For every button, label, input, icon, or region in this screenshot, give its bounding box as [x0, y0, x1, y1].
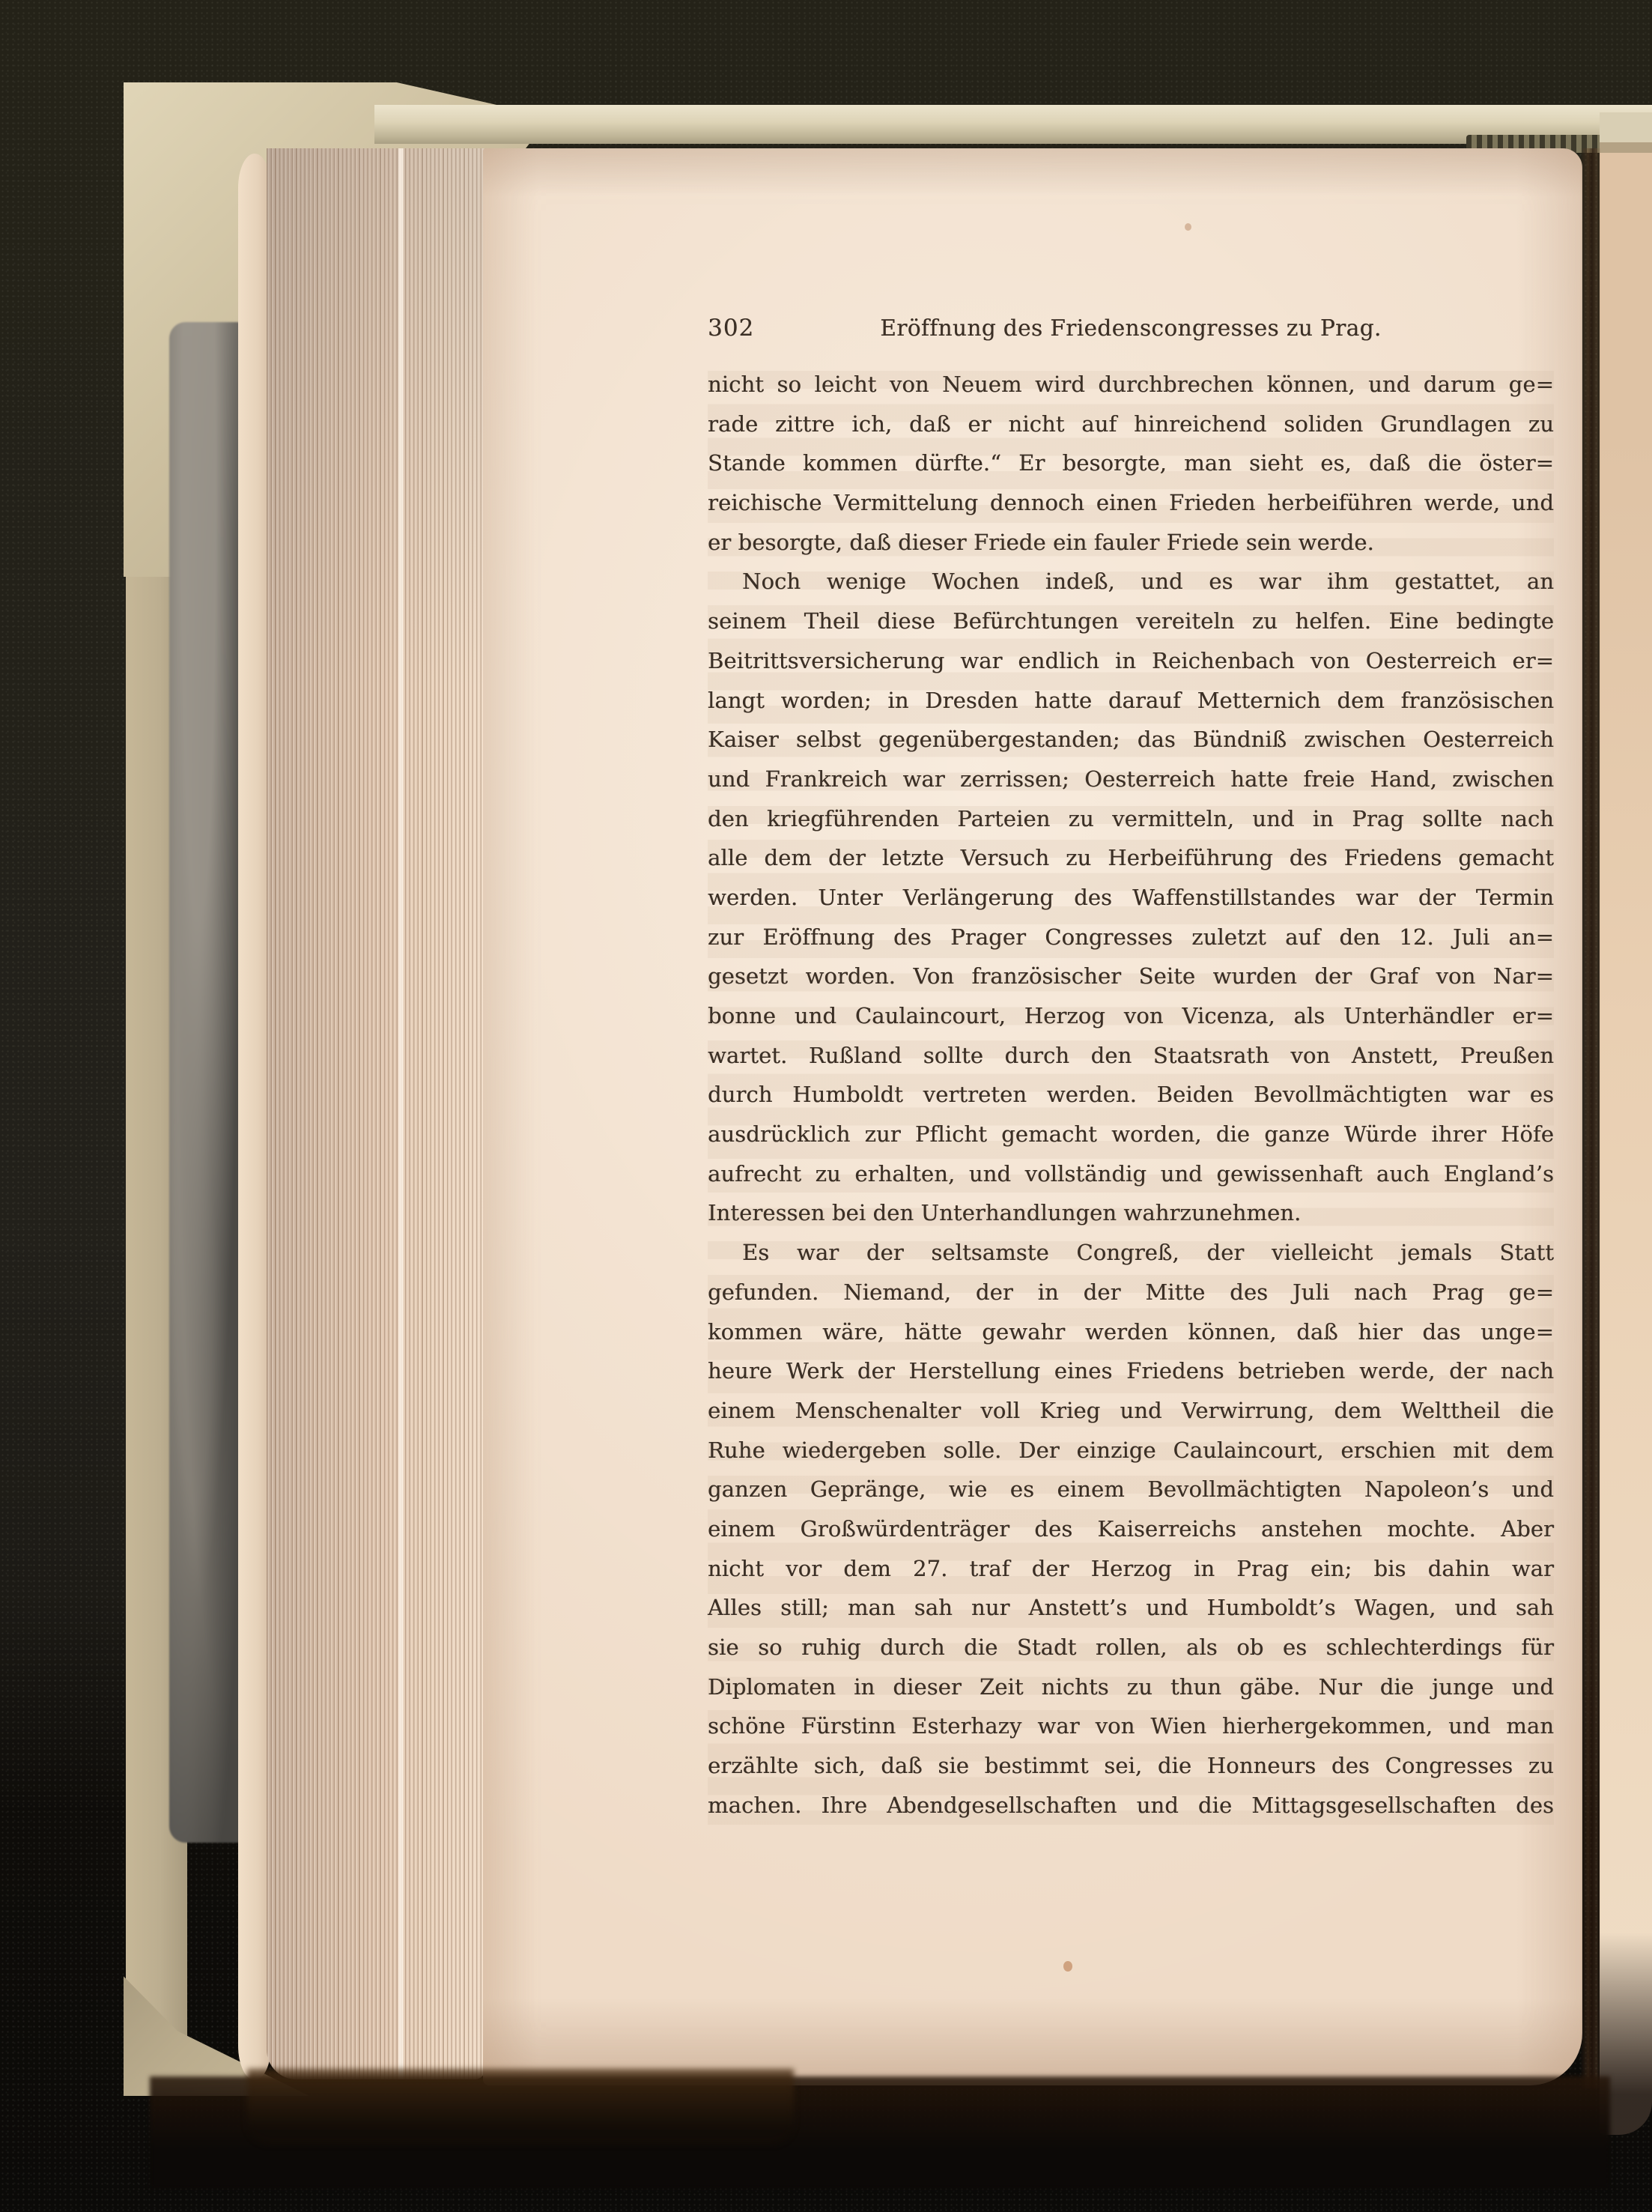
body-line: Diplomaten in dieser Zeit nichts zu thun… — [708, 1667, 1554, 1707]
body-line: machen. Ihre Abendgesellschaften und die… — [708, 1786, 1554, 1825]
body-line: Ruhe wiedergeben solle. Der einzige Caul… — [708, 1431, 1554, 1470]
body-line: einem Großwürdenträger des Kaiserreichs … — [708, 1509, 1554, 1549]
body-line: kommen wäre, hätte gewahr werden können,… — [708, 1312, 1554, 1352]
page-text: 302 Eröffnung des Friedenscongresses zu … — [708, 311, 1554, 1825]
under-edge-shadow — [247, 2069, 794, 2144]
body-line: zur Eröffnung des Prager Congresses zule… — [708, 918, 1554, 957]
paper-stain — [1063, 1961, 1072, 1972]
body-line: aufrecht zu erhalten, und vollständig un… — [708, 1154, 1554, 1194]
body-line: Es war der seltsamste Congreß, der viell… — [708, 1233, 1554, 1273]
book-cover-top-edge — [374, 105, 1652, 144]
adjacent-page — [1600, 112, 1652, 2135]
body-line: durch Humboldt vertreten werden. Beiden … — [708, 1075, 1554, 1115]
page-number: 302 — [708, 315, 754, 342]
body-line: er besorgte, daß dieser Friede ein faule… — [708, 523, 1554, 563]
body-line: wartet. Rußland sollte durch den Staatsr… — [708, 1036, 1554, 1076]
body-line: den kriegführenden Parteien zu vermittel… — [708, 799, 1554, 839]
body-line: Stande kommen dürfte.“ Er besorgte, man … — [708, 443, 1554, 483]
body-line: ausdrücklich zur Pflicht gemacht worden,… — [708, 1115, 1554, 1154]
body-line: reichische Vermittelung dennoch einen Fr… — [708, 483, 1554, 523]
body-line: einem Menschenalter voll Krieg und Verwi… — [708, 1391, 1554, 1431]
body-line: werden. Unter Verlängerung des Waffensti… — [708, 878, 1554, 918]
page-fold-shadow — [1580, 148, 1601, 2088]
running-title: Eröffnung des Friedenscongresses zu Prag… — [708, 311, 1554, 341]
body-line: Interessen bei den Unterhandlungen wahrz… — [708, 1193, 1554, 1233]
body-line: Kaiser selbst gegenübergestanden; das Bü… — [708, 720, 1554, 760]
body-line: nicht so leicht von Neuem wird durchbrec… — [708, 365, 1554, 404]
body-line: Noch wenige Wochen indeß, und es war ihm… — [708, 562, 1554, 602]
body-line: sie so ruhig durch die Stadt rollen, als… — [708, 1628, 1554, 1667]
body-line: bonne und Caulaincourt, Herzog von Vicen… — [708, 996, 1554, 1036]
body-line: gefunden. Niemand, der in der Mitte des … — [708, 1273, 1554, 1312]
body-line: seinem Theil diese Befürchtungen vereite… — [708, 602, 1554, 641]
paper-stain — [1185, 223, 1191, 231]
body-line: rade zittre ich, daß er nicht auf hinrei… — [708, 404, 1554, 444]
body-line: Alles still; man sah nur Anstett’s und H… — [708, 1588, 1554, 1628]
body-line: gesetzt worden. Von französischer Seite … — [708, 957, 1554, 996]
body-line: schöne Fürstinn Esterhazy war von Wien h… — [708, 1706, 1554, 1746]
body-line: heure Werk der Herstellung eines Frieden… — [708, 1351, 1554, 1391]
body-line: alle dem der letzte Versuch zu Herbeifüh… — [708, 838, 1554, 878]
body-line: ganzen Gepränge, wie es einem Bevollmäch… — [708, 1470, 1554, 1509]
page-fore-edges — [267, 148, 485, 2079]
body-line: nicht vor dem 27. traf der Herzog in Pra… — [708, 1549, 1554, 1589]
book-scan: 302 Eröffnung des Friedenscongresses zu … — [0, 0, 1652, 2212]
body-line: erzählte sich, daß sie bestimmt sei, die… — [708, 1746, 1554, 1786]
body-line: Beitrittsversicherung war endlich in Rei… — [708, 641, 1554, 681]
body-line: und Frankreich war zerrissen; Oesterreic… — [708, 760, 1554, 799]
body-line: langt worden; in Dresden hatte darauf Me… — [708, 681, 1554, 721]
body-text: nicht so leicht von Neuem wird durchbrec… — [708, 365, 1554, 1825]
page-header: 302 Eröffnung des Friedenscongresses zu … — [708, 311, 1554, 353]
